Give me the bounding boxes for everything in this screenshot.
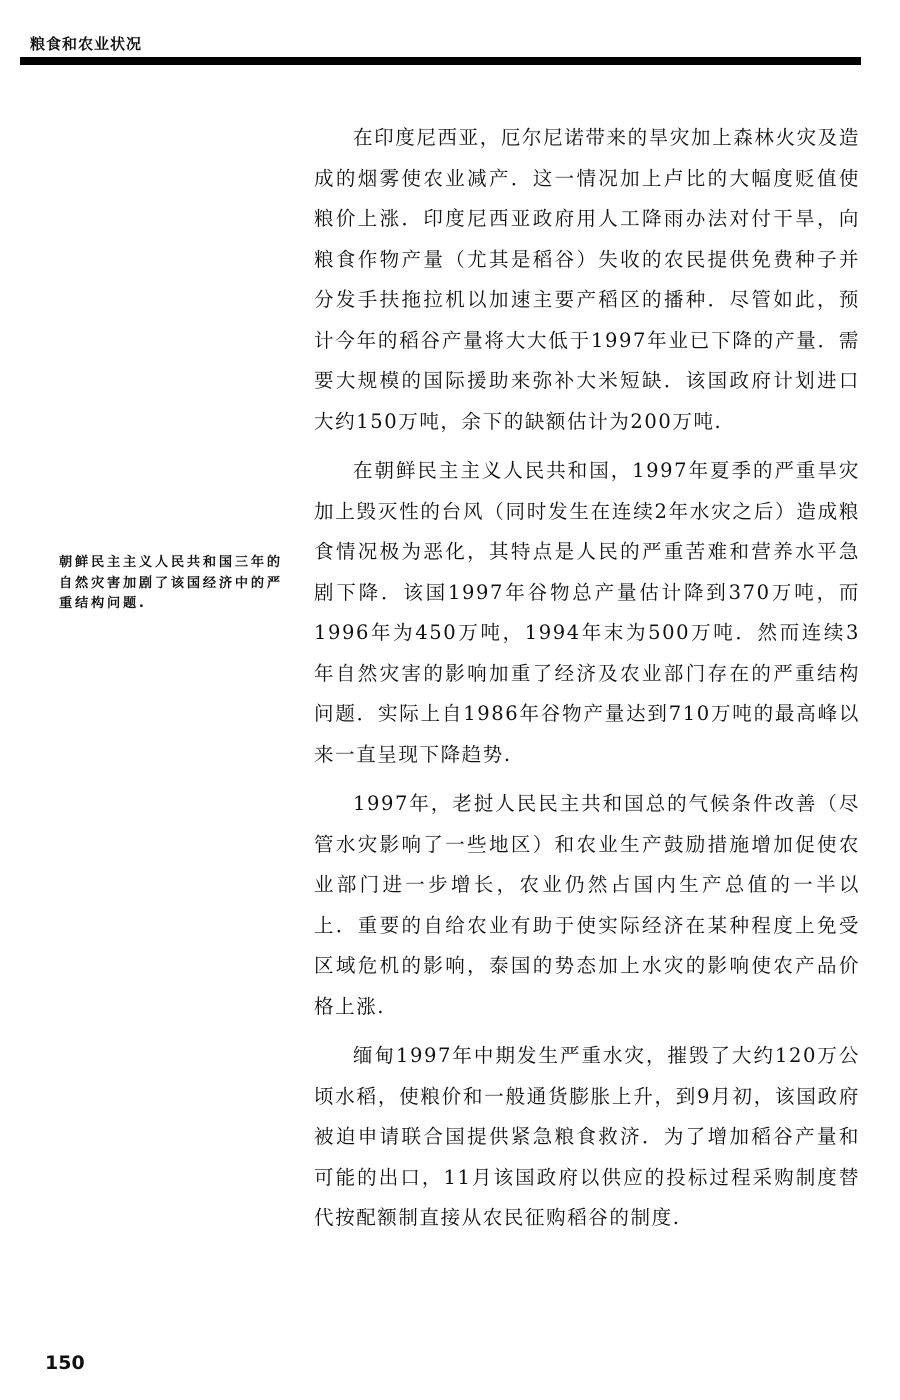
paragraph-indonesia: 在印度尼西亚，厄尔尼诺带来的旱灾加上森林火灾及造成的烟雾使农业减产．这一情况加上… (314, 118, 860, 442)
running-title: 粮食和农业状况 (30, 33, 142, 54)
paragraph-laos: 1997年，老挝人民民主共和国总的气候条件改善（尽管水灾影响了一些地区）和农业生… (314, 784, 860, 1027)
paragraph-myanmar: 缅甸1997年中期发生严重水灾，摧毁了大约120万公顷水稻，使粮价和一般通货膨胀… (314, 1036, 860, 1239)
margin-note: 朝鲜民主主义人民共和国三年的自然灾害加剧了该国经济中的严重结构问题. (59, 553, 294, 615)
page-number: 150 (45, 1352, 85, 1374)
paragraph-dprk: 在朝鲜民主主义人民共和国，1997年夏季的严重旱灾加上毁灭性的台风（同时发生在连… (314, 451, 860, 775)
body-text: 在印度尼西亚，厄尔尼诺带来的旱灾加上森林火灾及造成的烟雾使农业减产．这一情况加上… (314, 118, 860, 1248)
header-rule (20, 57, 861, 65)
